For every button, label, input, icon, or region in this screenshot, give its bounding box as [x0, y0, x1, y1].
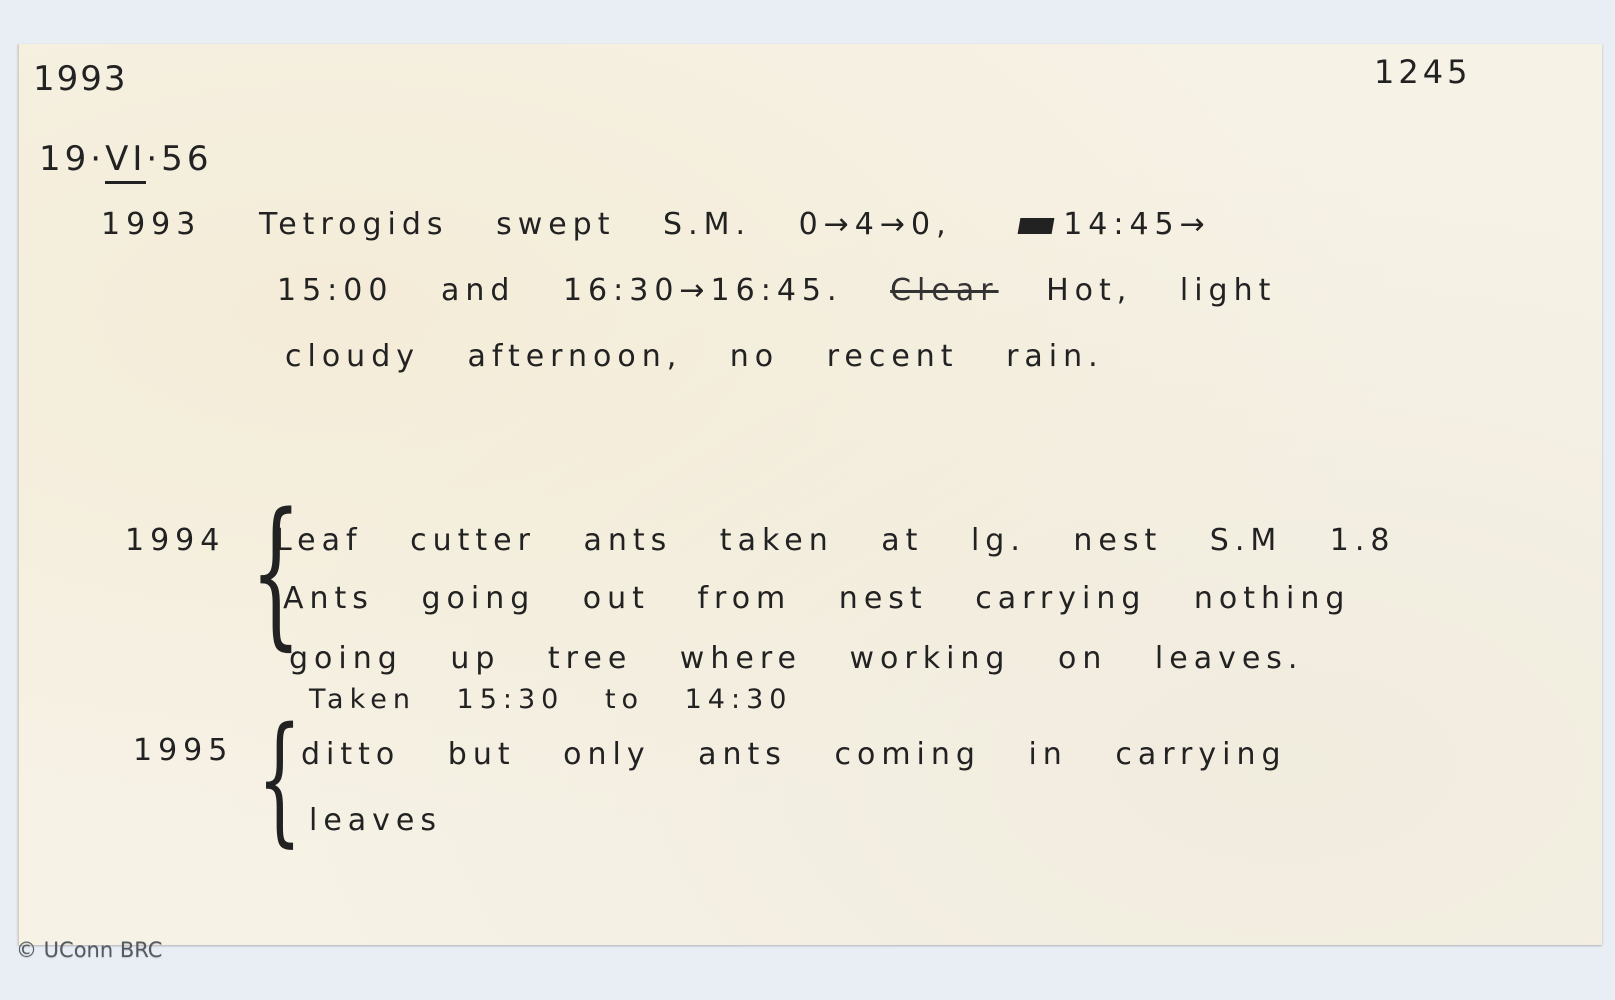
brace-icon: {: [257, 710, 302, 850]
date-month: VI: [105, 139, 146, 184]
collection-date: 19·VI·56: [39, 142, 212, 176]
entry-line: ditto but only ants coming in carrying: [301, 740, 1287, 770]
ink-blot: [1018, 218, 1055, 234]
date-day: 19·: [39, 139, 105, 179]
brace-icon: {: [250, 492, 301, 652]
entry-number: 1995: [133, 736, 233, 766]
copyright-notice: © UConn BRC: [16, 938, 162, 962]
entry-line: leaves: [309, 806, 442, 836]
entry-line: Taken 15:30 to 14:30: [309, 686, 792, 713]
entry-number: 1994: [125, 526, 225, 556]
entry-line: Tetrogids swept S.M. 0→4→0, 14:45→: [259, 210, 1211, 240]
specimen-note-card: 1993 1245 19·VI·56 1993 Tetrogids swept …: [18, 44, 1602, 945]
catalog-number-top-left: 1993: [33, 62, 128, 96]
entry-number: 1993: [101, 210, 201, 240]
struck-word: Clear: [890, 273, 998, 308]
entry-line: cloudy afternoon, no recent rain.: [285, 342, 1104, 372]
entry-line: going up tree where working on leaves.: [289, 644, 1303, 674]
catalog-number-top-right: 1245: [1374, 56, 1471, 88]
entry-line: 15:00 and 16:30→16:45. Clear Hot, light: [277, 276, 1276, 306]
date-year: ·56: [146, 139, 212, 179]
entry-line: Ants going out from nest carrying nothin…: [283, 584, 1350, 614]
entry-line: Leaf cutter ants taken at lg. nest S.M 1…: [275, 526, 1396, 556]
